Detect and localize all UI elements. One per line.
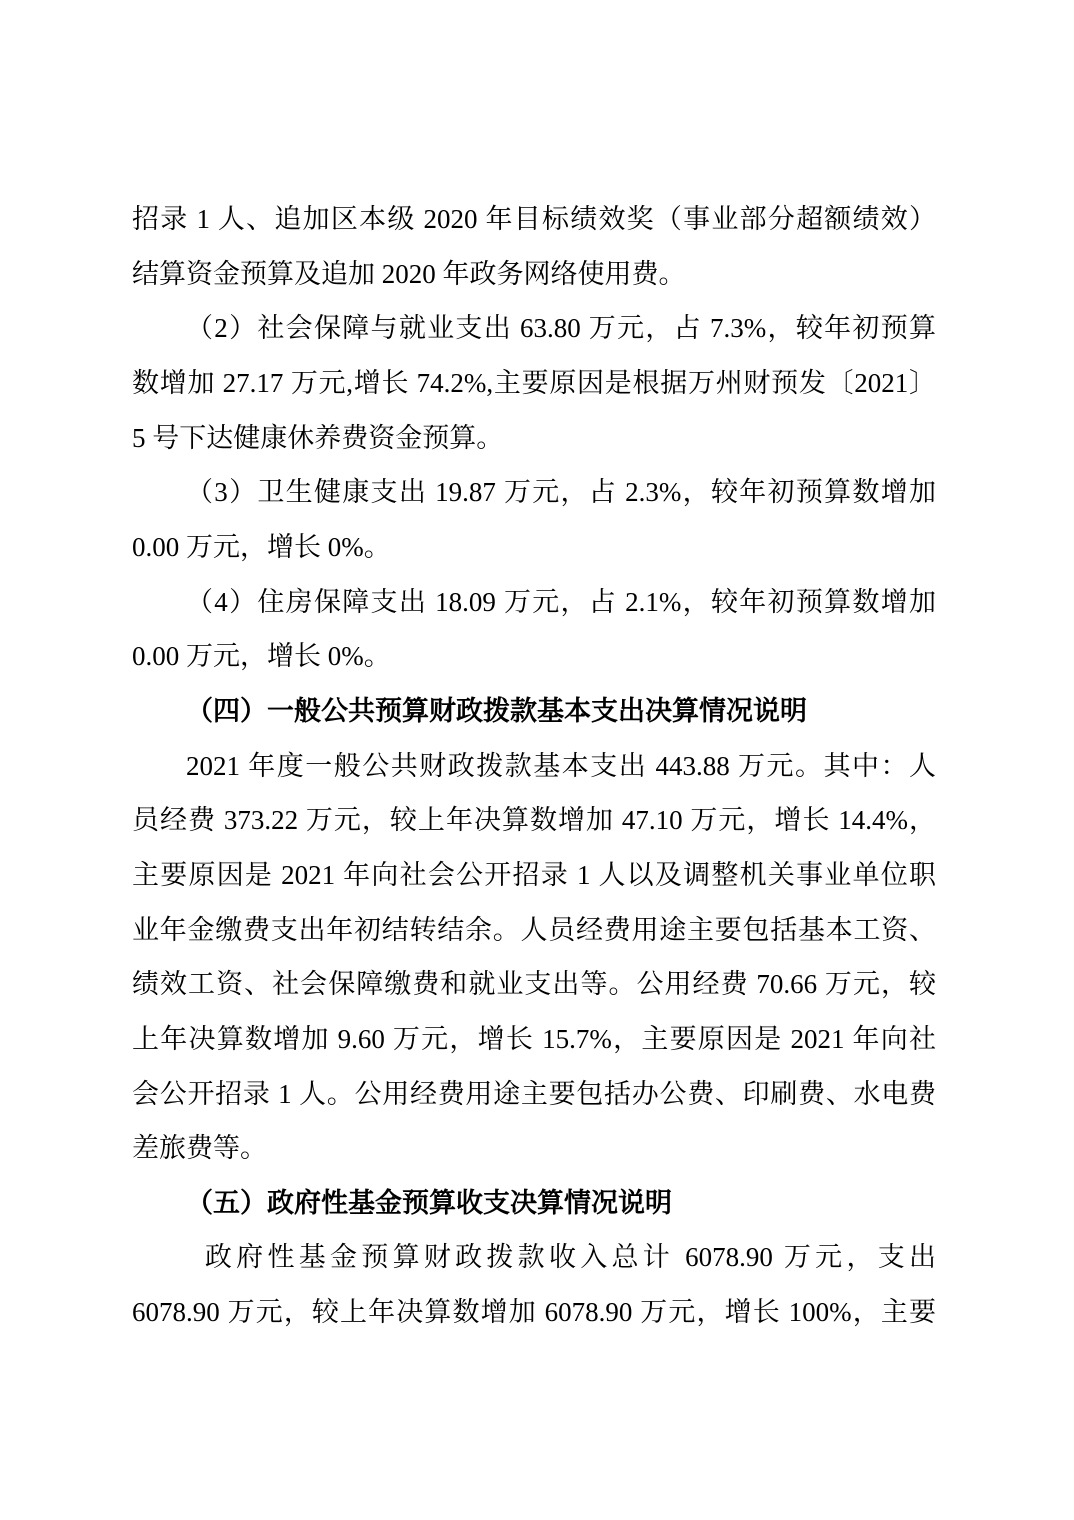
text-line: （3）卫生健康支出 19.87 万元，占 2.3%，较年初预算数增加 xyxy=(132,465,936,520)
text-line: 差旅费等。 xyxy=(132,1121,936,1176)
text-line: 0.00 万元，增长 0%。 xyxy=(132,629,936,684)
text-line: 绩效工资、社会保障缴费和就业支出等。公用经费 70.66 万元，较 xyxy=(132,957,936,1012)
document-page: 招录 1 人、追加区本级 2020 年目标绩效奖（事业部分超额绩效）结算资金预算… xyxy=(0,0,1074,1520)
text-line: 政府性基金预算财政拨款收入总计 6078.90 万元，支出 xyxy=(132,1230,936,1285)
text-line: 数增加 27.17 万元,增长 74.2%,主要原因是根据万州财预发〔2021〕 xyxy=(132,356,936,411)
text-line: 5 号下达健康休养费资金预算。 xyxy=(132,411,936,466)
text-line: 会公开招录 1 人。公用经费用途主要包括办公费、印刷费、水电费 xyxy=(132,1067,936,1122)
text-line: 上年决算数增加 9.60 万元，增长 15.7%，主要原因是 2021 年向社 xyxy=(132,1012,936,1067)
text-line: 6078.90 万元，较上年决算数增加 6078.90 万元，增长 100%，主… xyxy=(132,1285,936,1340)
section-heading: （四）一般公共预算财政拨款基本支出决算情况说明 xyxy=(132,684,936,739)
text-line: 主要原因是 2021 年向社会公开招录 1 人以及调整机关事业单位职 xyxy=(132,848,936,903)
section-heading: （五）政府性基金预算收支决算情况说明 xyxy=(132,1176,936,1231)
document-text-block: 招录 1 人、追加区本级 2020 年目标绩效奖（事业部分超额绩效）结算资金预算… xyxy=(132,192,936,1340)
text-line: 0.00 万元，增长 0%。 xyxy=(132,520,936,575)
text-line: 2021 年度一般公共财政拨款基本支出 443.88 万元。其中：人 xyxy=(132,739,936,794)
text-line: 结算资金预算及追加 2020 年政务网络使用费。 xyxy=(132,247,936,302)
text-line: 员经费 373.22 万元，较上年决算数增加 47.10 万元，增长 14.4%… xyxy=(132,793,936,848)
text-line: （2）社会保障与就业支出 63.80 万元，占 7.3%，较年初预算 xyxy=(132,301,936,356)
text-line: （4）住房保障支出 18.09 万元，占 2.1%，较年初预算数增加 xyxy=(132,575,936,630)
text-line: 招录 1 人、追加区本级 2020 年目标绩效奖（事业部分超额绩效） xyxy=(132,192,936,247)
text-line: 业年金缴费支出年初结转结余。人员经费用途主要包括基本工资、 xyxy=(132,903,936,958)
